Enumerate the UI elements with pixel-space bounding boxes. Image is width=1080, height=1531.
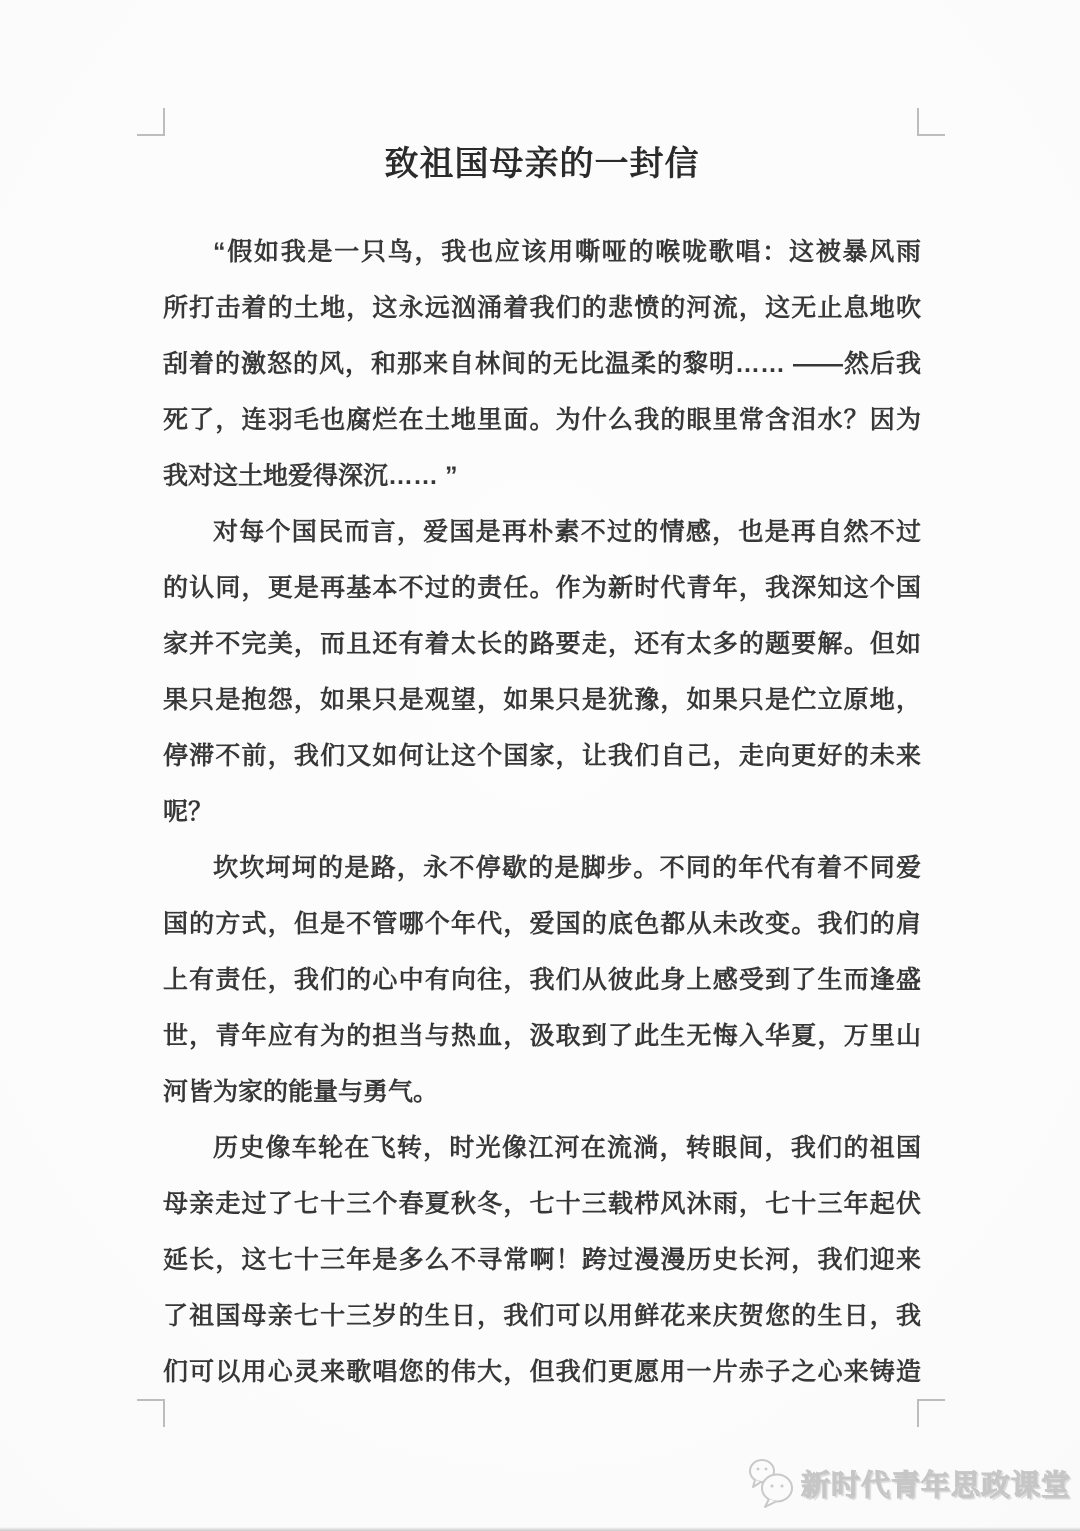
margin-mark-top-right	[917, 108, 945, 136]
text-line: 家并不完美，而且还有着太长的路要走，还有太多的题要解。但如	[163, 616, 921, 672]
text-line: 果只是抱怨，如果只是观望，如果只是犹豫，如果只是伫立原地，	[163, 672, 921, 728]
margin-mark-bottom-left	[137, 1399, 165, 1427]
text-line: 历史像车轮在飞转，时光像江河在流淌，转眼间，我们的祖国	[163, 1120, 921, 1176]
text-line: 母亲走过了七十三个春夏秋冬，七十三载栉风沐雨，七十三年起伏	[163, 1176, 921, 1232]
text-line: “假如我是一只鸟，我也应该用嘶哑的喉咙歌唱：这被暴风雨	[163, 224, 921, 280]
text-line: 了祖国母亲七十三岁的生日，我们可以用鲜花来庆贺您的生日，我	[163, 1288, 921, 1344]
document-title: 致祖国母亲的一封信	[163, 136, 921, 185]
watermark-label: 新时代青年思政课堂	[801, 1463, 1071, 1504]
text-line: 对每个国民而言，爱国是再朴素不过的情感，也是再自然不过	[163, 504, 921, 560]
margin-mark-top-left	[137, 108, 165, 136]
text-line: 河皆为家的能量与勇气。	[163, 1064, 921, 1120]
margin-mark-bottom-right	[917, 1399, 945, 1427]
text-line: 坎坎坷坷的是路，永不停歇的是脚步。不同的年代有着不同爱	[163, 840, 921, 896]
text-line: 呢？	[163, 784, 921, 840]
chat-bubbles-icon	[748, 1457, 794, 1509]
text-line: 刮着的激怒的风，和那来自林间的无比温柔的黎明…… ——然后我	[163, 336, 921, 392]
text-line: 停滞不前，我们又如何让这个国家，让我们自己，走向更好的未来	[163, 728, 921, 784]
watermark: 新时代青年思政课堂	[748, 1453, 1071, 1513]
text-line: 的认同，更是再基本不过的责任。作为新时代青年，我深知这个国	[163, 560, 921, 616]
text-line: 上有责任，我们的心中有向往，我们从彼此身上感受到了生而逢盛	[163, 952, 921, 1008]
page-bottom-edge	[0, 1527, 1080, 1531]
text-line: 们可以用心灵来歌唱您的伟大，但我们更愿用一片赤子之心来铸造	[163, 1344, 921, 1400]
document-page: 致祖国母亲的一封信 “假如我是一只鸟，我也应该用嘶哑的喉咙歌唱：这被暴风雨所打击…	[0, 0, 1080, 1531]
text-line: 国的方式，但是不管哪个年代，爱国的底色都从未改变。我们的肩	[163, 896, 921, 952]
text-line: 所打击着的土地，这永远汹涌着我们的悲愤的河流，这无止息地吹	[163, 280, 921, 336]
document-body: “假如我是一只鸟，我也应该用嘶哑的喉咙歌唱：这被暴风雨所打击着的土地，这永远汹涌…	[163, 224, 921, 1400]
text-line: 延长，这七十三年是多么不寻常啊！跨过漫漫历史长河，我们迎来	[163, 1232, 921, 1288]
text-line: 世，青年应有为的担当与热血，汲取到了此生无悔入华夏，万里山	[163, 1008, 921, 1064]
text-line: 死了，连羽毛也腐烂在土地里面。为什么我的眼里常含泪水？因为	[163, 392, 921, 448]
text-line: 我对这土地爱得深沉…… ”	[163, 448, 921, 504]
